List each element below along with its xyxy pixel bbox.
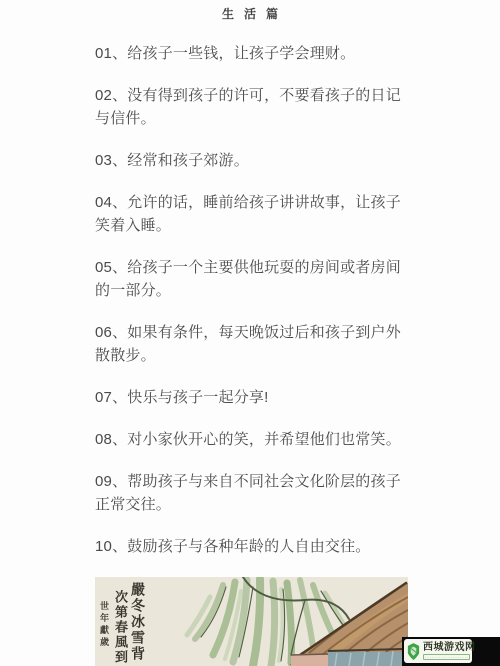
tips-list: 01、给孩子一些钱，让孩子学会理财。 02、没有得到孩子的许可，不要看孩子的日记… xyxy=(95,42,413,666)
calligraphy-column: 世年獻歲 xyxy=(99,601,108,649)
item-number: 04、 xyxy=(95,194,127,211)
list-item: 02、没有得到孩子的许可，不要看孩子的日记与信件。 xyxy=(95,84,413,130)
watermark-text-column: 西城游戏网 ····················· xyxy=(423,642,470,660)
article-page: 生活篇 01、给孩子一些钱，让孩子学会理财。 02、没有得到孩子的许可，不要看孩… xyxy=(0,0,500,666)
page-title: 生活篇 xyxy=(0,5,500,22)
item-text: 没有得到孩子的许可，不要看孩子的日记与信件。 xyxy=(95,87,401,127)
list-item: 01、给孩子一些钱，让孩子学会理财。 xyxy=(95,42,413,65)
list-item: 07、快乐与孩子一起分享! xyxy=(95,386,413,409)
ink-painting-illustration: 嚴冬冰雪背 次第春風到 世年獻歲 xyxy=(95,577,408,666)
list-item: 08、对小家伙开心的笑，并希望他们也常笑。 xyxy=(95,428,413,451)
list-item: 04、允许的话，睡前给孩子讲讲故事，让孩子笑着入睡。 xyxy=(95,191,413,237)
item-text: 给孩子一个主要供他玩耍的房间或者房间的一部分。 xyxy=(95,259,401,299)
watermark-badge: 西城游戏网 ····················· xyxy=(404,639,472,663)
item-number: 08、 xyxy=(95,431,127,448)
item-number: 03、 xyxy=(95,152,127,169)
item-text: 对小家伙开心的笑，并希望他们也常笑。 xyxy=(127,431,401,448)
item-number: 02、 xyxy=(95,87,127,104)
item-number: 07、 xyxy=(95,389,127,406)
item-text: 经常和孩子郊游。 xyxy=(127,152,249,169)
item-number: 05、 xyxy=(95,259,127,276)
watermark-panel: 西城游戏网 ····················· xyxy=(402,637,500,666)
item-text: 给孩子一些钱，让孩子学会理财。 xyxy=(127,45,355,62)
item-number: 06、 xyxy=(95,324,127,341)
list-item: 05、给孩子一个主要供他玩耍的房间或者房间的一部分。 xyxy=(95,256,413,302)
item-text: 帮助孩子与来自不同社会文化阶层的孩子正常交往。 xyxy=(95,473,401,513)
list-item: 06、如果有条件，每天晚饭过后和孩子到户外散散步。 xyxy=(95,321,413,367)
watermark-logo-icon xyxy=(406,642,421,661)
watermark-site-name: 西城游戏网 xyxy=(423,642,470,653)
item-text: 鼓励孩子与各种年龄的人自由交往。 xyxy=(127,538,370,555)
list-item: 09、帮助孩子与来自不同社会文化阶层的孩子正常交往。 xyxy=(95,470,413,516)
watermark-tagline: ····················· xyxy=(423,654,470,660)
list-item: 03、经常和孩子郊游。 xyxy=(95,149,413,172)
list-item: 10、鼓励孩子与各种年龄的人自由交往。 xyxy=(95,535,413,558)
calligraphy-column: 嚴冬冰雪背 xyxy=(131,582,145,662)
item-number: 01、 xyxy=(95,45,127,62)
item-text: 允许的话，睡前给孩子讲讲故事，让孩子笑着入睡。 xyxy=(95,194,401,234)
calligraphy-column: 次第春風到 xyxy=(114,590,127,665)
item-number: 10、 xyxy=(95,538,127,555)
item-text: 快乐与孩子一起分享! xyxy=(127,389,268,406)
item-number: 09、 xyxy=(95,473,127,490)
item-text: 如果有条件，每天晚饭过后和孩子到户外散散步。 xyxy=(95,324,401,364)
